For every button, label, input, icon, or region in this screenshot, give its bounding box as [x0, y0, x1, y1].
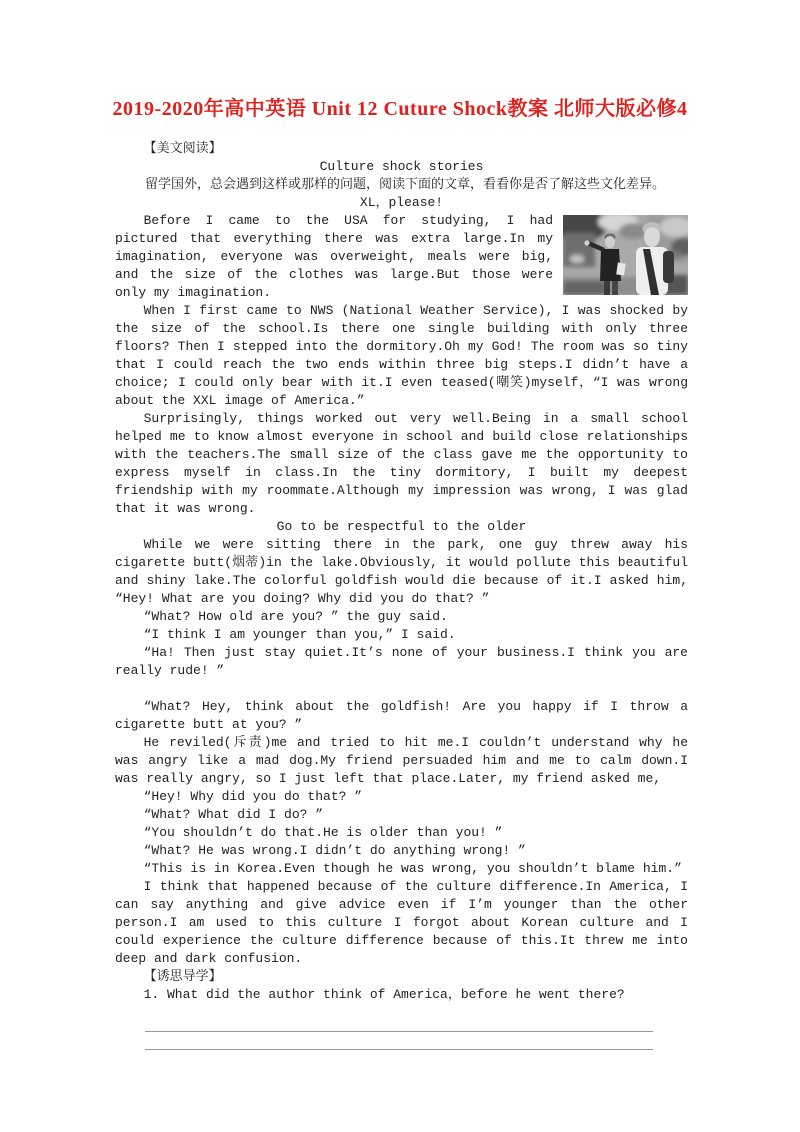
paragraph: 1. What did the author think of America，…	[115, 986, 688, 1004]
paragraph: “What? How old are you? ” the guy said.	[115, 608, 688, 626]
paragraph: “Hey! Why did you do that? ”	[115, 788, 688, 806]
section-heading: 【美文阅读】	[115, 140, 688, 158]
answer-blank-line	[145, 1014, 653, 1032]
paragraph: While we were sitting there in the park,…	[115, 536, 688, 608]
paragraph: I think that happened because of the cul…	[115, 878, 688, 968]
paragraph: “This is in Korea.Even though he was wro…	[115, 860, 688, 878]
paragraph: “Ha! Then just stay quiet.It’s none of y…	[115, 644, 688, 680]
answer-area	[145, 1014, 653, 1050]
paragraph: “What? What did I do? ”	[115, 806, 688, 824]
paragraph: 留学国外，总会遇到这样或那样的问题，阅读下面的文章，看看你是否了解这些文化差异。	[93, 176, 688, 194]
answer-blank-line	[145, 1032, 653, 1050]
paragraph: He reviled(斥责)me and tried to hit me.I c…	[115, 734, 688, 788]
paragraph: “What? Hey, think about the goldfish! Ar…	[115, 698, 688, 734]
paragraph: “You shouldn’t do that.He is older than …	[115, 824, 688, 842]
document-page: 2019-2020年高中英语 Unit 12 Cuture Shock教案 北师…	[0, 0, 800, 1132]
section-heading: 【诱思导学】	[115, 968, 688, 986]
paragraph: When I first came to NWS (National Weath…	[115, 302, 688, 410]
document-body: 【美文阅读】Culture shock stories留学国外，总会遇到这样或那…	[115, 140, 688, 1004]
paragraph: “What? He was wrong.I didn’t do anything…	[115, 842, 688, 860]
document-title: 2019-2020年高中英语 Unit 12 Cuture Shock教案 北师…	[55, 96, 745, 122]
centered-heading: Culture shock stories	[115, 158, 688, 176]
centered-heading: XL，please!	[115, 194, 688, 212]
blank-line	[115, 680, 688, 698]
paragraph: Surprisingly, things worked out very wel…	[115, 410, 688, 518]
centered-heading: Go to be respectful to the older	[115, 518, 688, 536]
paragraph: “I think I am younger than you,” I said.	[115, 626, 688, 644]
inline-photo	[563, 215, 688, 295]
park-photo-illustration	[563, 215, 688, 295]
paragraph: Before I came to the USA for studying, I…	[115, 212, 688, 302]
